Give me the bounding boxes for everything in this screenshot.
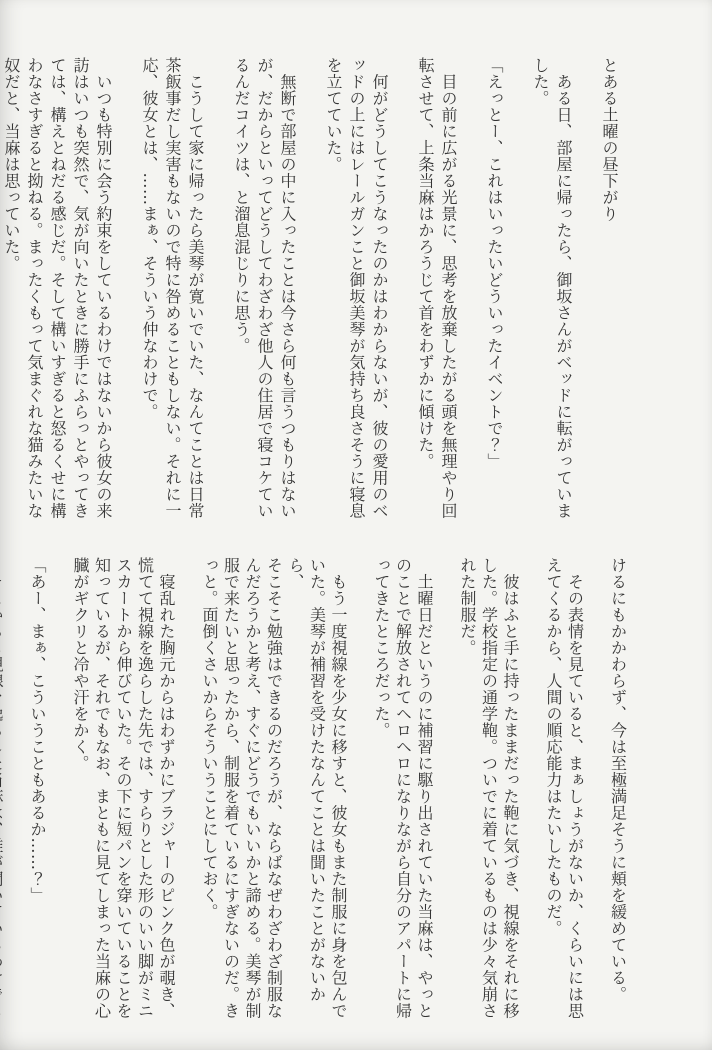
paragraph: 無断で部屋の中に入ったことは今さら何も言うつもりはない が、だからといってどうし… [230, 57, 299, 527]
paragraph: 目の前に広がる光景に、思考を放棄したがる頭を無理やり回 転させて、上条当麻はかろ… [414, 57, 460, 527]
section-heading: とある土曜の昼下がり [598, 57, 621, 527]
paragraph: そこからも視線を逸らした当麻は、誰が聞いているわけでも ないというのに、ごまかす… [0, 557, 5, 1029]
paragraph: その表情を見ていると、まぁしょうがないか、くらいには思 えてくるから、人間の順応… [543, 557, 586, 1029]
paragraph: ある日、部屋に帰ったら、御坂さんがベッドに転がっていま した。 [529, 57, 575, 527]
paragraph: 土曜日だというのに補習に駆り出されていた当麻は、やっと のことで解放されてヘロヘ… [371, 557, 436, 1029]
paragraph: いつも特別に会う約束をしているわけではないから彼女の来 訪はいつも突然で、気が向… [0, 57, 115, 527]
paragraph: けるにもかかわらず、今は至極満足そうに頬を緩めている。 [607, 557, 629, 1029]
paragraph: 寝乱れた胸元からはわずかにブラジャーのピンク色が覗き、 慌てて視線を逸らした先で… [70, 557, 178, 1029]
paragraph: もう一度視線を少女に移すと、彼女もまた制服に身を包んで いた。美琴が補習を受けた… [199, 557, 350, 1029]
scanned-novel-page: とある土曜の昼下がり ある日、部屋に帰ったら、御坂さんがベッドに転がっていま し… [0, 0, 712, 1050]
paragraph: 何がどうしてこうなったのかはわからないが、彼の愛用のベ ッドの上にはレールガンこ… [322, 57, 391, 527]
paragraph: こうして家に帰ったら美琴が寛いでいた、なんてことは日常 茶飯事だし実害もないので… [138, 57, 207, 527]
paragraph: 彼はふと手に持ったままだった鞄に気づき、視線をそれに移 した。学校指定の通学鞄。… [457, 557, 522, 1029]
bottom-text-block: けるにもかかわらず、今は至極満足そうに頬を緩めている。 その表情を見ていると、ま… [0, 557, 650, 1029]
top-text-block: とある土曜の昼下がり ある日、部屋に帰ったら、御坂さんがベッドに転がっていま し… [0, 57, 644, 527]
dialogue-line: 「えっとー、これはいったいどういったイベントで？」 [483, 57, 506, 527]
dialogue-line: 「あー、まぁ、こういうこともあるか……？」 [27, 557, 49, 1029]
